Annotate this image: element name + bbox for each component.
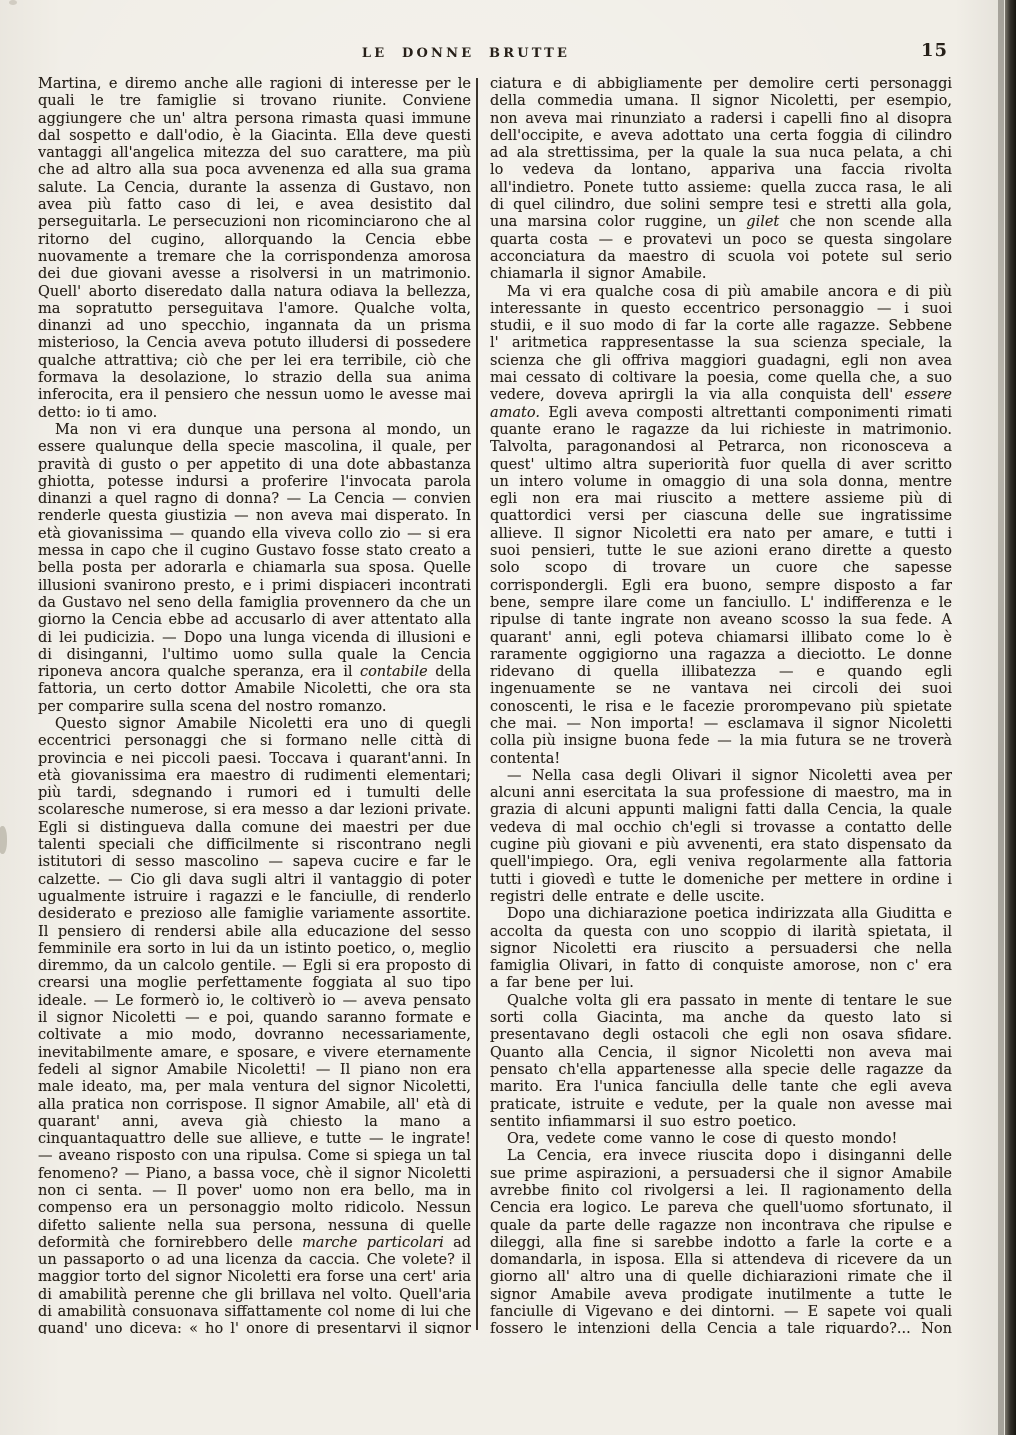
paragraph: Ora, vedete come vanno le cose di questo…: [490, 1131, 952, 1148]
book-page-scan: { "header": { "running_title": "LE DONNE…: [0, 0, 1016, 1435]
column-divider-rule: [476, 78, 478, 1330]
paragraph: Ma non vi era dunque una persona al mond…: [38, 422, 471, 716]
paragraph-text: Dopo una dichiarazione poetica indirizza…: [490, 906, 952, 991]
paragraph-text: Qualche volta gli era passato in mente d…: [490, 993, 952, 1130]
scan-binding-streak: [998, 0, 1004, 1435]
paragraph-text: ciatura e di abbigliamente per demolire …: [490, 76, 952, 230]
running-title: LE DONNE BRUTTE: [362, 46, 570, 61]
italic-term: contabile: [360, 664, 428, 680]
paragraph-text: — Nella casa degli Olivari il signor Nic…: [490, 768, 952, 905]
paragraph: Ma vi era qualche cosa di più amabile an…: [490, 284, 952, 768]
paragraph: Martina, e diremo anche alle ragioni di …: [38, 76, 471, 422]
paragraph: Questo signor Amabile Nicoletti era uno …: [38, 716, 471, 1334]
paragraph: Dopo una dichiarazione poetica indirizza…: [490, 906, 952, 992]
paragraph: — Nella casa degli Olivari il signor Nic…: [490, 768, 952, 906]
paragraph-text: Ora, vedete come vanno le cose di questo…: [507, 1131, 897, 1147]
page-number: 15: [921, 40, 948, 61]
paragraph: Qualche volta gli era passato in mente d…: [490, 993, 952, 1131]
scan-top-left-speck: [9, 0, 17, 5]
paragraph-text: Ma non vi era dunque una persona al mond…: [38, 422, 471, 680]
paragraph-text: Ma vi era qualche cosa di più amabile an…: [490, 284, 952, 404]
text-block: Martina, e diremo anche alle ragioni di …: [38, 76, 952, 1334]
paragraph-text: Martina, e diremo anche alle ragioni di …: [38, 76, 471, 421]
paragraph: La Cencia, era invece riuscita dopo i di…: [490, 1148, 952, 1334]
paragraph-text: Questo signor Amabile Nicoletti era uno …: [38, 716, 471, 1251]
left-column: Martina, e diremo anche alle ragioni di …: [38, 76, 471, 1334]
paragraph-text: Egli aveva composti altrettanti componim…: [490, 405, 952, 767]
scan-left-margin-mark: [0, 826, 7, 854]
italic-term: gilet: [746, 214, 779, 230]
right-column: ciatura e di abbigliamente per demolire …: [490, 76, 952, 1334]
page-header: LE DONNE BRUTTE 15: [38, 0, 952, 70]
italic-term: marche particolari: [302, 1235, 444, 1251]
paragraph: ciatura e di abbigliamente per demolire …: [490, 76, 952, 284]
paragraph-text: La Cencia, era invece riuscita dopo i di…: [490, 1148, 952, 1334]
scan-edge-shadow: [1005, 0, 1016, 1435]
